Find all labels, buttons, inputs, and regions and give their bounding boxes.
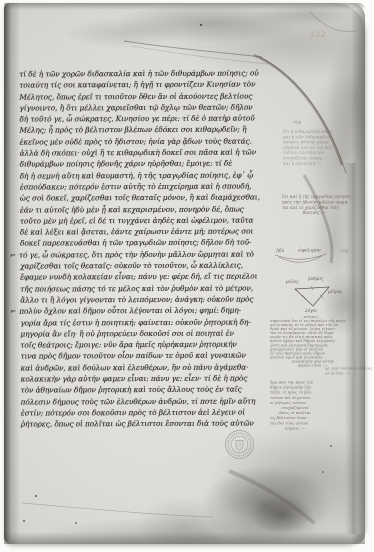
paired-terms-diagram: ἡδὺ ὠφέλιμον σημ ́ xyxy=(272,245,364,269)
margin-note-middle: ὅτι καὶ ἡ τῆς τραγῳδίας ποίησιςπρὸς τὴν … xyxy=(282,194,347,216)
triangle-diagram: μέλος ῥυθμός μέτρον λόγοι ποίησις xyxy=(284,274,342,322)
margin-note-line: λόγους :— xyxy=(270,426,320,431)
page-right-edge-shadow xyxy=(351,3,365,544)
text-line-content: Μέλητος, ὅπως ἐρεῖ τι τοιοῦτον ὅθεν ἂν ο… xyxy=(19,91,252,101)
margin-note-line: θεαταῖς :— xyxy=(282,210,347,215)
paragraph-mark: ⌐ xyxy=(10,306,19,317)
text-line-content: πόλεσιν δήμους τοὺς τῶν ἐλευθέρων ἀνδρῶν… xyxy=(21,396,256,406)
text-line: τὸν ἀθηναίων δῆμον ῥητορικὴ καὶ τοὺς ἄλλ… xyxy=(21,384,279,396)
text-line-content: ἄλλο τι ἢ λόγοι γίγνονται τὸ λειπόμενον;… xyxy=(20,294,253,304)
text-line-content: δὴ ἡ σεμνὴ αὕτη καὶ θαυμαστή, ἡ τῆς τραγ… xyxy=(20,170,254,180)
page-top-edge-shadow xyxy=(4,3,365,10)
text-line-content: ἐκεῖνος μὲν οὐδὲ πρὸς τὸ ἥδιστον; ἠνία γ… xyxy=(20,136,252,146)
text-line-content: ἔφαμεν νυνδὴ κολακείαν εἶναι; πάνυ γε: φ… xyxy=(20,272,257,282)
text-line-content: τοιαύτη τίς σοι καταφαίνεται; ἢ ἡγῇ τι φ… xyxy=(19,80,255,90)
margin-note-line: πρὸς τὴν ἡδονὴν μᾶλλον ὥρμη- xyxy=(282,199,347,204)
text-line-content: δὴ τοῦτό γε, ὦ σώκρατες, Κινησίου γε πέρ… xyxy=(19,114,254,124)
text-line: Μέλητος, ὅπως ἐρεῖ τι τοιοῦτον ὅθεν ἂν ο… xyxy=(19,90,277,102)
paired-term-right: ὠφέλιμον xyxy=(298,247,321,254)
text-line-content: γορία ἄρα τίς ἐστιν ἡ ποιητική: φαίνεται… xyxy=(20,317,250,327)
text-line-content: τό γε, ὦ σώκρατες, ὅτι πρὸς τὴν ἡδονὴν μ… xyxy=(19,249,254,259)
main-text-block: τί δὲ ἡ τῶν χορῶν διδασκαλία καὶ ἡ τῶν δ… xyxy=(19,67,279,430)
text-line-content: διθυράμβων ποίησις ἡδονῆς χάριν ηὑρῆσθαι… xyxy=(20,159,232,169)
text-line-content: καὶ ἀνδρῶν, καὶ δούλων καὶ ἐλευθέρων, ἣν… xyxy=(20,362,248,372)
scholion-below-triangle: σημείωσαι ὅτι εἴ τις περιέλοι τῆς ποιή-σ… xyxy=(270,319,356,368)
text-line-content: χαρίζεσθαι τοῖς θεαταῖς: οὐκοῦν τὸ τοιοῦ… xyxy=(20,261,243,271)
text-line: τινα πρὸς δῆμον τοιοῦτον οἷον παίδων τε … xyxy=(20,350,278,362)
manuscript-page: 332 τί δὲ ἡ τῶν χορῶν διδασκαλία καὶ ἡ τ… xyxy=(4,3,365,544)
wormhole-specks xyxy=(200,24,202,26)
text-line-content: ἐσπούδακεν; πότερόν ἐστιν αὐτῆς τὸ ἐπιχε… xyxy=(20,182,252,192)
text-line: ὡς σοὶ δοκεῖ, χαρίζεσθαι τοῖς θεαταῖς μό… xyxy=(20,192,278,204)
triangle-label-right: μέτρον xyxy=(328,289,342,294)
text-line-content: ῥήτορες, ὅπως οἱ πολῖται ὡς βέλτιστοι ἔσ… xyxy=(21,419,254,429)
text-line-content: τί δὲ ἡ τῶν χορῶν διδασκαλία καὶ ἡ τῶν δ… xyxy=(19,69,258,79)
paired-term-far: σημ ́ xyxy=(340,249,350,254)
text-line: ⌐πολὺν ὄχλον καὶ δῆμον οὗτοι λέγονται οἱ… xyxy=(20,305,278,317)
text-line: ἐάν τι αὐτοῖς ἡδὺ μὲν ᾖ καὶ κεχαρισμένον… xyxy=(20,203,278,215)
text-line-content: Μέλης; ἦ πρὸς τὸ βέλτιστον βλέπων ἐδόκει… xyxy=(19,125,246,135)
text-line: γορία ἄρα τίς ἐστιν ἡ ποιητική: φαίνεται… xyxy=(20,316,278,328)
margin-note-fragment: γρ. καὶ ταῦτα ἐν ἄλλοιςοὐ κεῖται :— xyxy=(325,366,374,376)
paragraph-mark: ⌐ xyxy=(10,249,19,260)
stamp-shield xyxy=(236,441,243,451)
text-line-content: τὸν ἀθηναίων δῆμον ῥητορικὴ καὶ τοὺς ἄλλ… xyxy=(21,385,242,395)
text-line-content: τινα πρὸς δῆμον τοιοῦτον οἷον παίδων τε … xyxy=(20,351,245,361)
triangle-label-top: ῥυθμός xyxy=(307,276,324,281)
text-line-content: κολακικὴν γὰρ αὐτήν φαμεν εἶναι: πάνυ γε… xyxy=(21,374,248,384)
text-line-content: ἀλλὰ δὴ σκόπει· οὐχὶ ἥ τε κιθαρῳδικὴ δοκ… xyxy=(20,148,256,158)
text-line-content: ἐστίν; πότερόν σοι δοκοῦσιν πρὸς τὸ βέλτ… xyxy=(21,407,245,417)
text-line-content: ἐάν τι αὐτοῖς ἡδὺ μὲν ᾖ καὶ κεχαρισμένον… xyxy=(20,204,244,214)
margin-note-line: καὶ ἡ αὐλητική :~ xyxy=(283,161,343,166)
text-line-content: τοῦτο μὲν μὴ ἐρεῖ, εἰ δέ τι τυγχάνει ἀηδ… xyxy=(20,215,254,225)
stamp-rim-lettering xyxy=(228,433,251,456)
margin-note-upper: ὅτι ἡ κιθαρῳδικὴ πᾶσακαὶ ἡ τῶν διθυράμβω… xyxy=(283,129,343,166)
folio-number: 332 xyxy=(310,31,326,39)
text-line: Μέλης; ἦ πρὸς τὸ βέλτιστον βλέπων ἐδόκει… xyxy=(19,124,277,136)
text-line-content: πολὺν ὄχλον καὶ δῆμον οὗτοι λέγονται οἱ … xyxy=(19,306,241,316)
text-line-content: δοκεῖ παρεσκευάσθαι ἡ τῶν τραγῳδιῶν ποίη… xyxy=(20,238,251,248)
triangle-label-apex: λόγοι xyxy=(304,308,317,313)
text-line-content: τοῖς θεάτροις; ἔμοιγε: νῦν ἄρα ἡμεῖς ηὑρ… xyxy=(20,340,236,350)
text-line: ἀλλὰ δὴ σκόπει· οὐχὶ ἥ τε κιθαρῳδικὴ δοκ… xyxy=(20,147,278,159)
text-line-content: ὡς σοὶ δοκεῖ, χαρίζεσθαι τοῖς θεαταῖς μό… xyxy=(20,193,260,203)
text-line: ῥήτορες, ὅπως οἱ πολῖται ὡς βέλτιστοι ἔσ… xyxy=(21,418,279,430)
text-line: τοιαύτη τίς σοι καταφαίνεται; ἢ ἡγῇ τι φ… xyxy=(19,79,277,91)
library-stamp xyxy=(224,429,255,460)
text-line-content: δὲ καὶ λέξει καὶ ᾄσεται, ἐάντε χαίρωσιν … xyxy=(20,227,253,237)
text-line-content: τῆς ποιήσεως πάσης τό τε μέλος καὶ τὸν ῥ… xyxy=(20,283,253,293)
text-line-content: γίγνοιντο, ἢ ὅτι μέλλει χαριεῖσθαι τῷ ὄχ… xyxy=(19,102,252,112)
margin-note-line: οὐ κεῖται :— xyxy=(325,371,374,376)
page-left-edge-shadow xyxy=(4,3,20,544)
triangle-label-left: μέλος xyxy=(286,279,299,284)
margin-note-lower: ὅρα πῶς τὴν πρὸς τὸνδῆμον ῥητορικὴν ἐξε-… xyxy=(270,380,320,431)
text-line: δοκεῖ παρεσκευάσθαι ἡ τῶν τραγῳδιῶν ποίη… xyxy=(20,237,278,249)
text-line-content: μηγορία ἂν εἴη· ἢ οὐ ῥητορεύειν δοκοῦσί … xyxy=(20,328,234,338)
margin-abbreviation: σημ ́ xyxy=(293,120,323,125)
text-line: ἔφαμεν νυνδὴ κολακείαν εἶναι; πάνυ γε: φ… xyxy=(20,271,278,283)
page-bottom-edge-shadow xyxy=(4,532,365,544)
manuscript-photo: 332 τί δὲ ἡ τῶν χορῶν διδασκαλία καὶ ἡ τ… xyxy=(0,0,374,552)
